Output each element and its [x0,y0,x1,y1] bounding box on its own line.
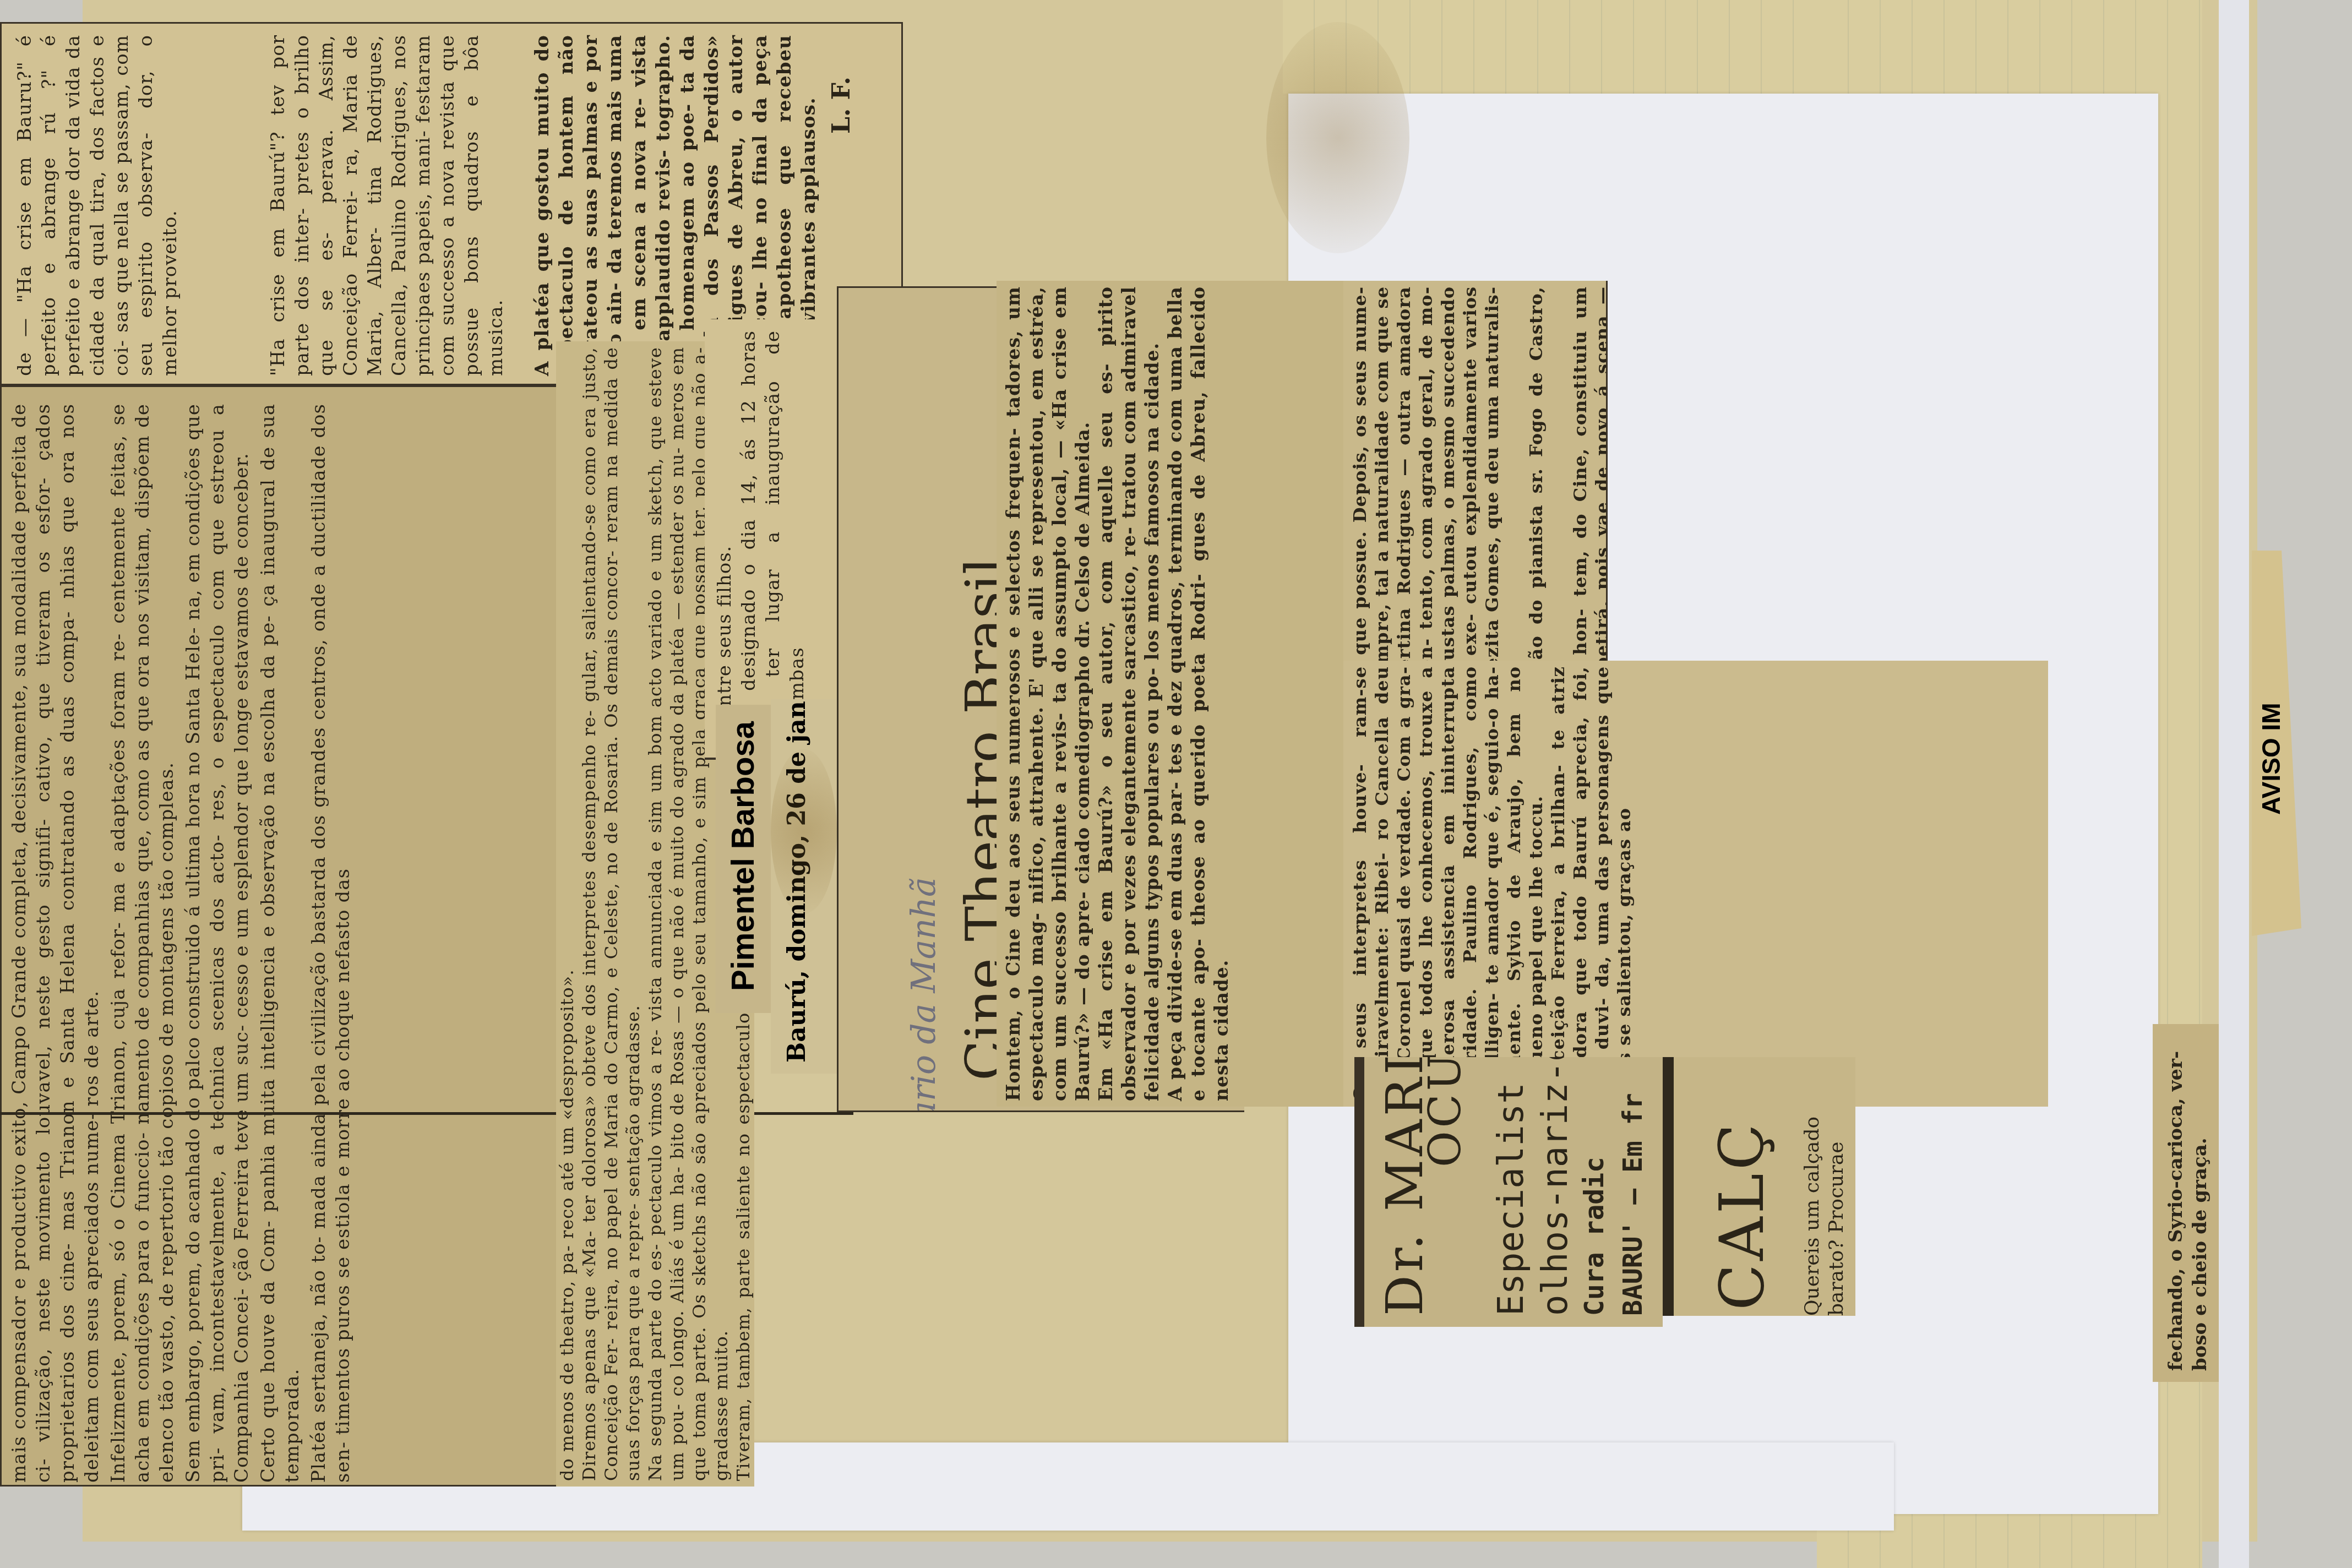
clipping-edge-strip: fechando, o Syrio-carioca, ver- boso e c… [2153,1024,2219,1382]
advert-doctor-city: BAURU' — Em fr [1618,1093,1648,1316]
advert-doctor-line2: OCU [1419,1057,1471,1167]
edge-tab-text: AVISO IM [2256,703,2286,815]
review-left-text: mais compensador e productivo exito, Cam… [7,404,355,1483]
advert-doctor-area: olhos-nariz-ga [1535,1057,1576,1316]
review-top-column-2: "Ha crise em Baurú"? tev por parte dos i… [266,35,508,376]
clipping-article-lower: Os seus interpretes houve- ram-se admira… [1343,661,2048,1107]
handwritten-note: Diario da Manhã [905,877,943,1112]
advert-shoes-title: CALÇ [1707,1120,1777,1310]
review-top-column-1: de — "Ha crise em Bauru?" é perfeito e a… [13,35,182,376]
byline-block: Pimentel Barbosa [716,705,776,1013]
clipping-article-body: Hontem, o Cine deu aos seus numerosos e … [997,281,1349,1107]
advert-doctor: Dr. MARI OCU Especialist olhos-nariz-ga … [1354,1057,1663,1327]
advert-doctor-cure: Cura radic [1579,1157,1610,1316]
water-stain [771,749,837,914]
advert-shoes: CALÇ Quereis um calçado barato? Procurae [1674,1057,1855,1316]
article-body-text: Hontem, o Cine deu aos seus numerosos e … [1002,286,1233,1101]
water-stain [1266,22,1409,253]
announcement-text: da entre seus filhos. Está designado o d… [712,330,809,749]
advert-shoes-text: Quereis um calçado barato? Procurae [1800,1063,1849,1316]
article-lower-text: Os seus interpretes houve- ram-se admira… [1349,666,1635,1101]
edge-strip-text: fechando, o Syrio-carioca, ver- boso e c… [2164,1041,2212,1371]
white-divider-strip [2219,0,2249,1568]
advert-divider [1663,1057,1674,1316]
byline: Pimentel Barbosa [725,721,761,991]
clipping-announcement: da entre seus filhos. Está designado o d… [705,319,853,760]
advert-doctor-specialty: Especialist [1491,1082,1532,1316]
review-top-signature: L. F. [827,77,856,134]
edge-tab: AVISO IM [2252,551,2301,936]
